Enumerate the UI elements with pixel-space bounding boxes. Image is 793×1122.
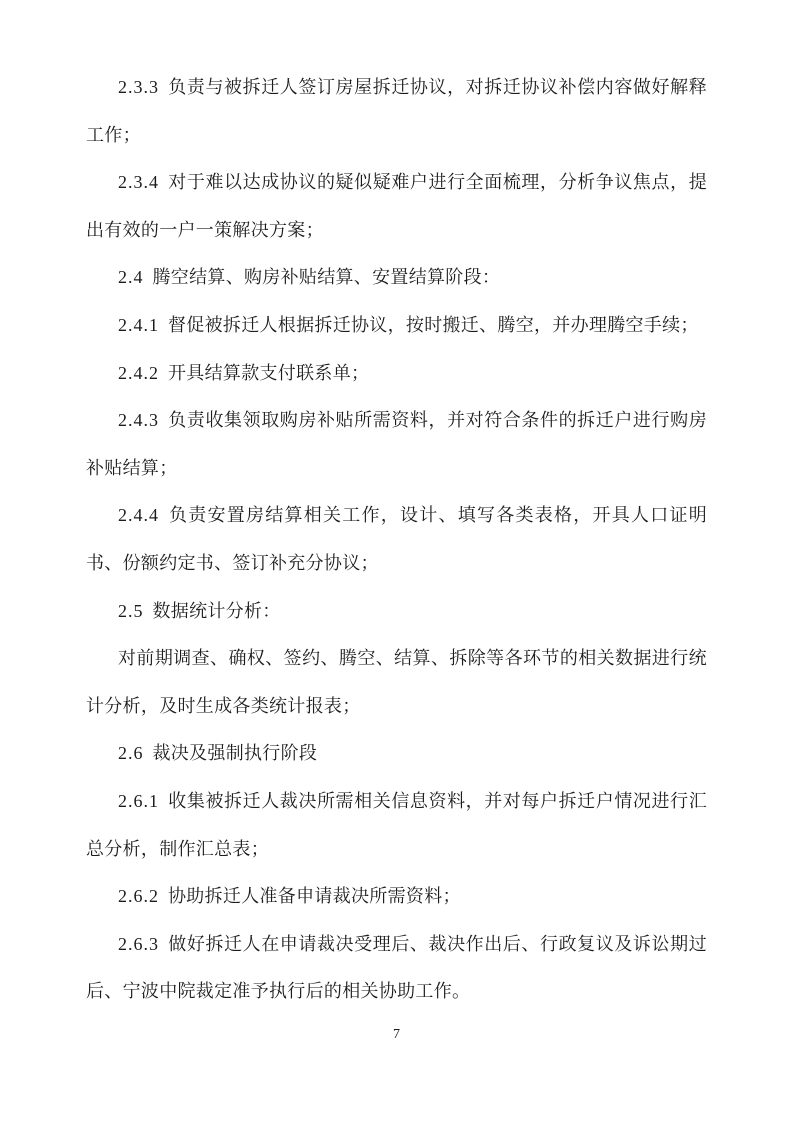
- clause-text: 腾空结算、购房补贴结算、安置结算阶段：: [153, 267, 501, 287]
- clause-number: 2.4.1: [118, 315, 159, 335]
- clause-paragraph: 2.4.4负责安置房结算相关工作，设计、填写各类表格，开具人口证明书、份额约定书…: [86, 492, 707, 587]
- clause-text: 负责收集领取购房补贴所需资料，并对符合条件的拆迁户进行购房补贴结算；: [86, 410, 707, 478]
- clause-number: 2.6.2: [118, 886, 159, 906]
- clause-text: 收集被拆迁人裁决所需相关信息资料，并对每户拆迁户情况进行汇总分析，制作汇总表；: [86, 791, 707, 859]
- clause-text: 开具结算款支付联系单；: [168, 363, 369, 383]
- clause-number: 2.3.4: [118, 172, 159, 192]
- clause-paragraph: 2.6.3做好拆迁人在申请裁决受理后、裁决作出后、行政复议及诉讼期过后、宁波中院…: [86, 921, 707, 1016]
- clause-text: 协助拆迁人准备申请裁决所需资料；: [168, 886, 461, 906]
- clause-text: 对于难以达成协议的疑似疑难户进行全面梳理，分析争议焦点，提出有效的一户一策解决方…: [86, 172, 707, 240]
- clause-paragraph: 2.4.3负责收集领取购房补贴所需资料，并对符合条件的拆迁户进行购房补贴结算；: [86, 397, 707, 492]
- clause-paragraph: 对前期调查、确权、签约、腾空、结算、拆除等各环节的相关数据进行统计分析，及时生成…: [86, 635, 707, 730]
- page-footer: 7: [0, 1026, 793, 1044]
- clause-text: 做好拆迁人在申请裁决受理后、裁决作出后、行政复议及诉讼期过后、宁波中院裁定准予执…: [86, 934, 707, 1002]
- clause-paragraph: 2.5数据统计分析：: [86, 588, 707, 636]
- clause-number: 2.4.2: [118, 363, 159, 383]
- clause-number: 2.3.3: [118, 77, 159, 97]
- document-page: 2.3.3负责与被拆迁人签订房屋拆迁协议，对拆迁协议补偿内容做好解释工作；2.3…: [0, 0, 793, 1122]
- clause-text: 数据统计分析：: [153, 601, 281, 621]
- clause-paragraph: 2.3.3负责与被拆迁人签订房屋拆迁协议，对拆迁协议补偿内容做好解释工作；: [86, 64, 707, 159]
- page-number: 7: [393, 1027, 400, 1042]
- clause-number: 2.4: [118, 267, 144, 287]
- clause-number: 2.4.4: [118, 505, 159, 525]
- clause-text: 负责安置房结算相关工作，设计、填写各类表格，开具人口证明书、份额约定书、签订补充…: [86, 505, 707, 573]
- clause-number: 2.5: [118, 601, 144, 621]
- clause-paragraph: 2.6裁决及强制执行阶段: [86, 730, 707, 778]
- clause-text: 裁决及强制执行阶段: [153, 743, 318, 763]
- clause-paragraph: 2.4腾空结算、购房补贴结算、安置结算阶段：: [86, 254, 707, 302]
- clause-paragraph: 2.3.4对于难以达成协议的疑似疑难户进行全面梳理，分析争议焦点，提出有效的一户…: [86, 159, 707, 254]
- clause-text: 督促被拆迁人根据拆迁协议，按时搬迁、腾空，并办理腾空手续；: [168, 315, 699, 335]
- clause-paragraph: 2.4.2开具结算款支付联系单；: [86, 350, 707, 398]
- clause-number: 2.6: [118, 743, 144, 763]
- clause-paragraph: 2.6.2协助拆迁人准备申请裁决所需资料；: [86, 873, 707, 921]
- clause-number: 2.4.3: [118, 410, 159, 430]
- clause-text: 对前期调查、确权、签约、腾空、结算、拆除等各环节的相关数据进行统计分析，及时生成…: [86, 648, 707, 716]
- clause-number: 2.6.1: [118, 791, 159, 811]
- clause-number: 2.6.3: [118, 934, 159, 954]
- clause-paragraph: 2.4.1督促被拆迁人根据拆迁协议，按时搬迁、腾空，并办理腾空手续；: [86, 302, 707, 350]
- document-body: 2.3.3负责与被拆迁人签订房屋拆迁协议，对拆迁协议补偿内容做好解释工作；2.3…: [86, 64, 707, 1016]
- clause-text: 负责与被拆迁人签订房屋拆迁协议，对拆迁协议补偿内容做好解释工作；: [86, 77, 707, 145]
- clause-paragraph: 2.6.1收集被拆迁人裁决所需相关信息资料，并对每户拆迁户情况进行汇总分析，制作…: [86, 778, 707, 873]
